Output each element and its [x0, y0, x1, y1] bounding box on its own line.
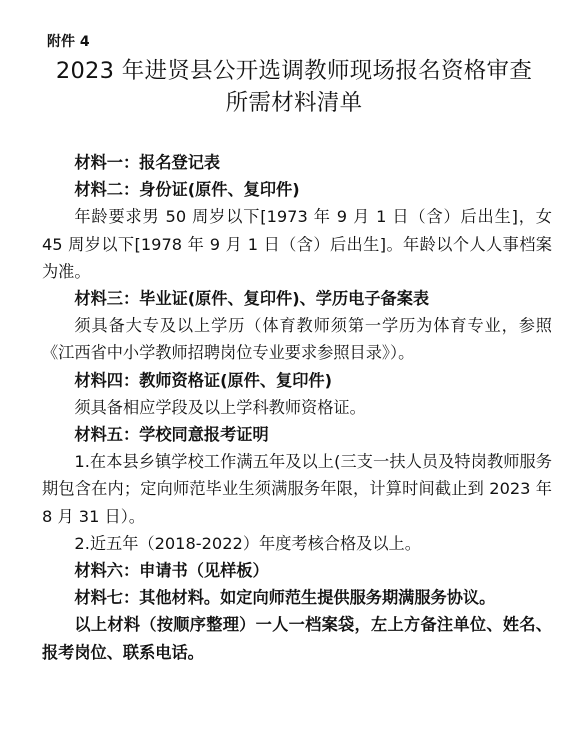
title-line-1: 2023 年进贤县公开选调教师现场报名资格审查: [0, 55, 588, 87]
material-5-item-1: 1.在本县乡镇学校工作满五年及以上(三支一扶人员及特岗教师服务期包含在内；定向师…: [42, 448, 552, 530]
attachment-label: 附件 4: [47, 31, 90, 51]
material-6-heading: 材料六：申请书（见样板）: [42, 557, 552, 584]
material-4-heading: 材料四：教师资格证(原件、复印件): [42, 367, 552, 394]
material-1-heading: 材料一：报名登记表: [42, 149, 552, 176]
material-3-desc: 须具备大专及以上学历（体育教师须第一学历为体育专业，参照《江西省中小学教师招聘岗…: [42, 312, 552, 366]
material-7-heading: 材料七：其他材料。如定向师范生提供服务期满服务协议。: [42, 584, 552, 611]
footer-note: 以上材料（按顺序整理）一人一档案袋，左上方备注单位、姓名、报考岗位、联系电话。: [42, 611, 552, 665]
material-3-heading: 材料三：毕业证(原件、复印件)、学历电子备案表: [42, 285, 552, 312]
title-line-2: 所需材料清单: [0, 87, 588, 119]
document-body: 材料一：报名登记表 材料二：身份证(原件、复印件) 年龄要求男 50 周岁以下[…: [42, 149, 552, 666]
material-5-heading: 材料五：学校同意报考证明: [42, 421, 552, 448]
document-title: 2023 年进贤县公开选调教师现场报名资格审查 所需材料清单: [0, 55, 588, 119]
material-5-item-2: 2.近五年（2018-2022）年度考核合格及以上。: [42, 530, 552, 557]
material-2-heading: 材料二：身份证(原件、复印件): [42, 176, 552, 203]
material-2-desc: 年龄要求男 50 周岁以下[1973 年 9 月 1 日（含）后出生]，女 45…: [42, 203, 552, 285]
material-4-desc: 须具备相应学段及以上学科教师资格证。: [42, 394, 552, 421]
